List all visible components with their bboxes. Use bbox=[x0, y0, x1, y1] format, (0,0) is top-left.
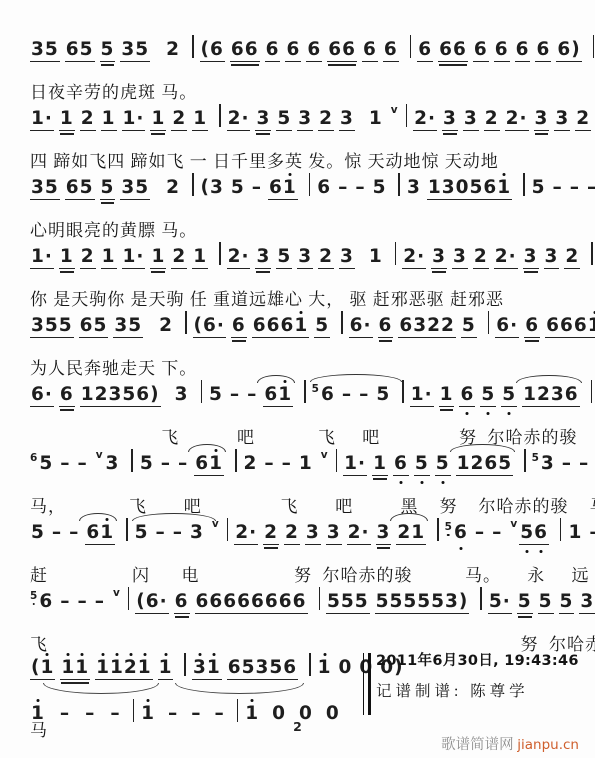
barline bbox=[192, 35, 194, 58]
note-group: 2· bbox=[494, 246, 518, 269]
lyrics-row: 赶 闪 电 努 尔哈赤的骏 马。 永 远 腾 bbox=[30, 561, 575, 586]
note-group: 1265 bbox=[456, 453, 514, 476]
note-group: – bbox=[51, 522, 63, 543]
note-group: – bbox=[341, 384, 353, 405]
note-group: 6 bbox=[265, 39, 281, 62]
note-group: 6322 bbox=[398, 315, 456, 338]
barline bbox=[336, 449, 338, 472]
note-group: 5 bbox=[501, 384, 517, 407]
note-group: 130561 bbox=[427, 177, 512, 200]
barline bbox=[219, 104, 221, 127]
note-group: 5 bbox=[139, 453, 155, 474]
note-group: 3 bbox=[326, 522, 342, 545]
grace-note: 5 bbox=[532, 452, 539, 464]
note-group: – bbox=[551, 177, 563, 198]
note-group: 1236 bbox=[522, 384, 580, 407]
note-group: 2 bbox=[575, 108, 591, 131]
note-group: 66 bbox=[230, 39, 260, 62]
note-group: – bbox=[59, 453, 71, 474]
watermark-site-name: 歌谱简谱网 bbox=[441, 737, 514, 753]
note-group: – bbox=[59, 591, 71, 612]
note-group: 1 bbox=[372, 453, 388, 476]
note-group: 1· bbox=[30, 108, 54, 131]
note-group: (1 bbox=[30, 657, 55, 680]
barline bbox=[406, 104, 408, 127]
note-group: 6 bbox=[494, 39, 510, 62]
note-group: (6· bbox=[135, 591, 168, 614]
note-group: 3 bbox=[452, 246, 468, 269]
note-group: 5 bbox=[208, 384, 224, 405]
note-group: 5 bbox=[100, 39, 116, 62]
note-group: 5 bbox=[517, 591, 533, 614]
note-group: – bbox=[229, 384, 241, 405]
note-group: 6 bbox=[383, 39, 399, 62]
music-system: 1·1211·1212·3532312·3322·332 你 是天驹你 是天驹 … bbox=[30, 233, 575, 302]
note-group: 3 bbox=[339, 108, 355, 131]
note-group: 66 bbox=[438, 39, 468, 62]
note-group: 35 bbox=[30, 177, 60, 200]
music-system: 56–––v(6·666666666555555553)5·555356 飞 努… bbox=[30, 578, 575, 647]
note-group: 1 bbox=[439, 384, 455, 407]
note-group: (3 bbox=[200, 177, 225, 198]
barline bbox=[523, 173, 525, 196]
barline bbox=[560, 518, 562, 541]
note-group: (6 bbox=[200, 39, 225, 62]
note-group: 61 bbox=[85, 522, 115, 545]
note-group: 5· bbox=[488, 591, 512, 614]
note-group: 65 bbox=[65, 177, 95, 200]
note-group: 2 bbox=[318, 108, 334, 131]
note-group: 2· bbox=[505, 108, 529, 131]
barline bbox=[398, 173, 400, 196]
note-group: 1 bbox=[101, 108, 117, 131]
breath-mark: v bbox=[391, 104, 398, 116]
note-group: 6 bbox=[417, 39, 433, 62]
note-group: 3 bbox=[442, 108, 458, 131]
note-group: 555 bbox=[326, 591, 370, 614]
note-group: 1 bbox=[158, 657, 174, 680]
note-group: 5 bbox=[461, 315, 477, 338]
note-group: 61 bbox=[268, 177, 298, 200]
note-group: 1· bbox=[122, 246, 146, 269]
note-group: 1 bbox=[192, 246, 208, 269]
note-group: – bbox=[246, 384, 258, 405]
note-group: – bbox=[578, 453, 590, 474]
note-group: 5 bbox=[134, 522, 150, 543]
music-system: 6·612356)35––6156––51·16551236 飞 吧 飞 吧 努… bbox=[30, 371, 575, 440]
barline bbox=[131, 449, 133, 472]
grace-note: 5 bbox=[312, 383, 319, 395]
barline bbox=[126, 518, 128, 541]
note-group: 6· bbox=[349, 315, 373, 338]
note-group: – bbox=[155, 522, 167, 543]
note-group: – bbox=[160, 453, 172, 474]
watermark: 歌谱简谱网 jianpu.cn bbox=[441, 733, 579, 754]
grace-note: 5 bbox=[445, 521, 452, 533]
note-group: 6 bbox=[459, 384, 475, 407]
note-group: 3 bbox=[534, 108, 550, 131]
note-group: 6661 bbox=[252, 315, 310, 338]
note-group: 2· bbox=[347, 522, 371, 545]
breath-mark: v bbox=[113, 587, 120, 599]
note-group: 5 bbox=[314, 315, 330, 338]
barline bbox=[591, 242, 593, 265]
note-group: 3 bbox=[297, 246, 313, 269]
note-group: – bbox=[68, 522, 80, 543]
note-group: – bbox=[569, 177, 581, 198]
note-group: 5 bbox=[30, 522, 46, 543]
note-group: 1 bbox=[101, 246, 117, 269]
note-group: 5 bbox=[480, 384, 496, 407]
note-group: – bbox=[474, 522, 486, 543]
note-group: 6 bbox=[473, 39, 489, 62]
breath-mark: v bbox=[96, 449, 103, 461]
note-group: 5 bbox=[414, 453, 430, 476]
music-system: 35565352(6·6666156·6632256·666615 为人民奔驰走… bbox=[30, 302, 575, 371]
note-group: 1· bbox=[343, 453, 367, 476]
note-group: 3 bbox=[255, 108, 271, 131]
note-group: 3 bbox=[297, 108, 313, 131]
notation-row: 35655352(666666666666666666) bbox=[30, 26, 575, 75]
note-group: 2 bbox=[158, 315, 174, 336]
note-group: 5 bbox=[276, 108, 292, 131]
note-group: 3 bbox=[305, 522, 321, 545]
note-group: 35 bbox=[120, 177, 150, 200]
note-group: 3 bbox=[105, 453, 121, 474]
note-group: 1 bbox=[59, 246, 75, 269]
note-group: 1· bbox=[122, 108, 146, 131]
note-group: 1 bbox=[192, 108, 208, 131]
note-group: 6 bbox=[316, 177, 332, 198]
note-group: 66 bbox=[327, 39, 357, 62]
barline bbox=[309, 173, 311, 196]
breath-mark: v bbox=[321, 449, 328, 461]
note-group: – bbox=[177, 453, 189, 474]
note-group: 3 bbox=[189, 522, 205, 543]
barline bbox=[201, 380, 203, 403]
note-group: 5 bbox=[435, 453, 451, 476]
note-group: 1· bbox=[410, 384, 434, 407]
music-system: 35655352(666666666666666666) 日夜辛劳的虎斑 马。 bbox=[30, 26, 575, 95]
note-group: 61 bbox=[263, 384, 293, 407]
note-group: 2 bbox=[165, 177, 181, 198]
note-group: 1 bbox=[150, 108, 166, 131]
note-group: 3 bbox=[579, 591, 595, 614]
note-group: – bbox=[76, 591, 88, 612]
note-group: 35 bbox=[113, 315, 143, 338]
barline bbox=[410, 35, 412, 58]
note-group: 61 bbox=[194, 453, 224, 476]
note-group: 6 bbox=[306, 39, 322, 62]
note-group: – bbox=[561, 453, 573, 474]
lyrics-row: 你 是天驹你 是天驹 任 重道远雄心 大， 驱 赶邪恶驱 赶邪恶 bbox=[30, 285, 575, 310]
note-group: 6· bbox=[30, 384, 54, 407]
note-group: 2 bbox=[171, 108, 187, 131]
note-group: 3 bbox=[463, 108, 479, 131]
note-group: 3 bbox=[255, 246, 271, 269]
note-group: 2· bbox=[227, 108, 251, 131]
barline bbox=[227, 518, 229, 541]
music-system: 1·1211·1212·353231v2·3322·332 四 蹄如飞四 蹄如飞… bbox=[30, 95, 575, 164]
barline bbox=[304, 380, 306, 403]
note-group: 2 bbox=[165, 39, 181, 60]
note-group: 1 bbox=[298, 453, 314, 474]
note-group: (6· bbox=[193, 315, 226, 338]
music-system: 5––615––3v2·22332·32156––v561–0235 赶 闪 电… bbox=[30, 509, 575, 578]
note-group: 1121 bbox=[95, 657, 153, 680]
note-group: 2 bbox=[484, 108, 500, 131]
note-group: 2· bbox=[402, 246, 426, 269]
note-group: 1 bbox=[368, 246, 384, 267]
note-group: 2 bbox=[318, 246, 334, 269]
breath-mark: v bbox=[510, 518, 517, 530]
note-group: 3 bbox=[544, 246, 560, 269]
note-group: 6 bbox=[362, 39, 378, 62]
note-group: 6 bbox=[515, 39, 531, 62]
note-group: 6 bbox=[59, 384, 75, 407]
note-group: 2· bbox=[413, 108, 437, 131]
note-group: 6 bbox=[378, 315, 394, 338]
note-group: 11 bbox=[60, 657, 90, 680]
note-group: 6 bbox=[524, 315, 540, 338]
note-group: 56 bbox=[519, 522, 549, 545]
note-group: 2 bbox=[564, 246, 580, 269]
barline bbox=[480, 587, 482, 610]
note-group: 5 bbox=[276, 246, 292, 269]
note-group: 53 bbox=[532, 452, 556, 474]
note-group: – bbox=[281, 453, 293, 474]
note-group: 66666666 bbox=[195, 591, 308, 614]
barline bbox=[235, 449, 237, 472]
barline bbox=[219, 242, 221, 265]
note-group: 6661 bbox=[545, 315, 595, 338]
watermark-site-url[interactable]: jianpu.cn bbox=[517, 737, 579, 753]
notation-date: 2011年6月30日, 19:43:46 bbox=[376, 649, 595, 670]
note-group: 5 bbox=[230, 177, 246, 198]
note-group: 6 bbox=[231, 315, 247, 338]
note-group: 355 bbox=[30, 315, 74, 338]
note-group: 0 bbox=[337, 657, 353, 678]
note-group: 5 bbox=[100, 177, 116, 200]
credits-block: 2011年6月30日, 19:43:46 记谱制谱: 陈尊学 bbox=[376, 649, 595, 701]
barline bbox=[402, 380, 404, 403]
note-group: 31 bbox=[192, 657, 222, 680]
note-group: 1 bbox=[368, 108, 384, 129]
note-group: 6 bbox=[285, 39, 301, 62]
note-group: 2 bbox=[243, 453, 259, 474]
note-group: 2· bbox=[227, 246, 251, 269]
note-group: 2 bbox=[171, 246, 187, 269]
note-group: 35 bbox=[30, 39, 60, 62]
grace-note: 6 bbox=[30, 452, 37, 464]
note-group: 555553) bbox=[375, 591, 470, 614]
barline bbox=[185, 311, 187, 334]
breath-mark: v bbox=[212, 518, 219, 530]
note-group: 5 bbox=[375, 384, 391, 405]
note-group: 3 bbox=[339, 246, 355, 269]
page-number: 2 bbox=[0, 719, 595, 734]
barline bbox=[184, 653, 186, 676]
note-group: 2 bbox=[80, 246, 96, 269]
note-group: 2 bbox=[473, 246, 489, 269]
note-group: 65 bbox=[79, 315, 109, 338]
music-system: 65––v35––612––1v1·1655126553––v3 马， 飞 吧 … bbox=[30, 440, 575, 509]
note-group: 3 bbox=[406, 177, 422, 198]
note-group: 56 bbox=[445, 521, 469, 543]
barline bbox=[309, 653, 311, 676]
lyrics-row: 马， 飞 吧 飞 吧 黑 努 尔哈赤的骏 马。 追 bbox=[30, 492, 575, 517]
note-group: 1· bbox=[30, 246, 54, 269]
barline bbox=[128, 587, 130, 610]
note-group: 12356) bbox=[80, 384, 161, 407]
note-group: – bbox=[491, 522, 503, 543]
note-group: 6· bbox=[495, 315, 519, 338]
note-group: – bbox=[172, 522, 184, 543]
score-systems: 35655352(666666666666666666) 日夜辛劳的虎斑 马。 … bbox=[30, 26, 575, 647]
note-group: 56 bbox=[30, 590, 54, 612]
note-group: 3 bbox=[554, 108, 570, 131]
note-group: – bbox=[263, 453, 275, 474]
note-group: 3 bbox=[431, 246, 447, 269]
note-group: 1 bbox=[150, 246, 166, 269]
note-group: 35 bbox=[120, 39, 150, 62]
note-group: 1 bbox=[59, 108, 75, 131]
note-group: 21 bbox=[396, 522, 426, 545]
note-group: 6) bbox=[556, 39, 581, 62]
note-group: – bbox=[358, 384, 370, 405]
note-group: – bbox=[337, 177, 349, 198]
sheet-music-page: 35655352(666666666666666666) 日夜辛劳的虎斑 马。 … bbox=[0, 0, 595, 758]
note-group: – bbox=[94, 591, 106, 612]
note-group: – bbox=[354, 177, 366, 198]
note-group: 3 bbox=[376, 522, 392, 545]
barline bbox=[395, 242, 397, 265]
note-group: 5 bbox=[531, 177, 547, 198]
note-group: 2 bbox=[80, 108, 96, 131]
lyrics-row: 四 蹄如飞四 蹄如飞 一 日千里多英 发。惊 天动地惊 天动地 bbox=[30, 147, 575, 172]
note-group: – bbox=[588, 522, 595, 543]
note-group: 6 bbox=[174, 591, 190, 614]
transcriber-credit: 记谱制谱: 陈尊学 bbox=[376, 679, 595, 701]
barline bbox=[524, 449, 526, 472]
barline bbox=[319, 587, 321, 610]
note-group: 3 bbox=[174, 384, 190, 405]
grace-note: 5 bbox=[30, 590, 37, 602]
note-group: 3 bbox=[523, 246, 539, 269]
note-group: – bbox=[76, 453, 88, 474]
barline bbox=[341, 311, 343, 334]
note-group: 5 bbox=[559, 591, 575, 614]
note-group: 5 bbox=[372, 177, 388, 198]
barline bbox=[488, 311, 490, 334]
note-group: 56 bbox=[312, 383, 336, 405]
note-group: 2 bbox=[284, 522, 300, 545]
barline bbox=[192, 173, 194, 196]
note-group: 6 bbox=[535, 39, 551, 62]
note-group: 2 bbox=[263, 522, 279, 545]
final-double-barline bbox=[363, 653, 371, 715]
note-group: 65 bbox=[65, 39, 95, 62]
note-group: 65356 bbox=[227, 657, 298, 680]
music-system: 35655352(35–616––531305615–––) 心明眼亮的黄膘 马… bbox=[30, 164, 575, 233]
note-group: 1 bbox=[567, 522, 583, 543]
note-group: 5 bbox=[538, 591, 554, 614]
note-group: –) bbox=[586, 177, 595, 198]
barline bbox=[591, 380, 593, 403]
note-group: – bbox=[251, 177, 263, 198]
note-group: 6 bbox=[393, 453, 409, 476]
barline bbox=[437, 518, 439, 541]
note-group: 65 bbox=[30, 452, 54, 474]
note-group: 2· bbox=[234, 522, 258, 545]
note-group: 1 bbox=[317, 657, 333, 678]
barline bbox=[593, 35, 595, 58]
